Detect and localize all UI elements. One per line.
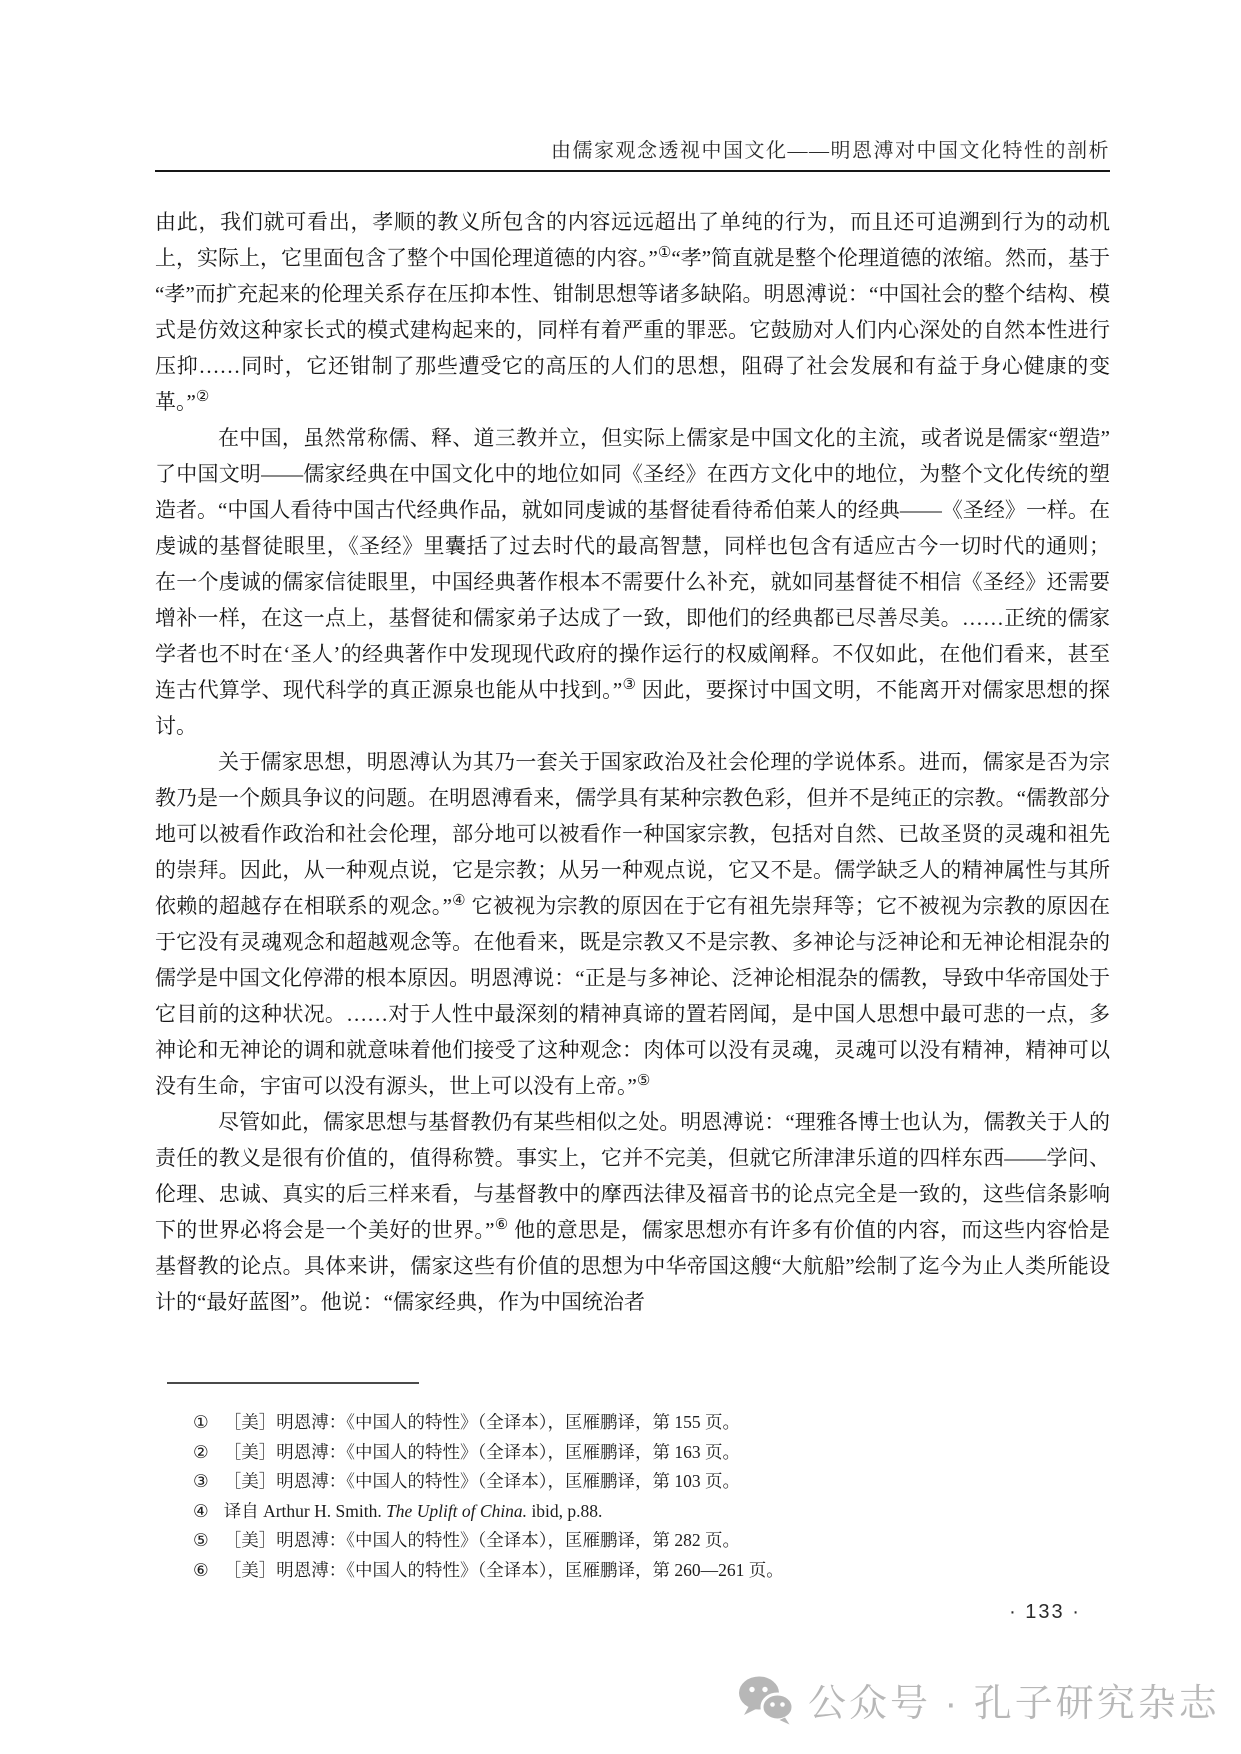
footnote-4: ④ 译自 Arthur H. Smith. The Uplift of Chin… <box>155 1497 1110 1527</box>
footnote-book-title: The Uplift of China. <box>386 1501 527 1521</box>
footnote-1: ① ［美］明恩溥：《中国人的特性》（全译本），匡雁鹏译，第 155 页。 <box>155 1408 1110 1438</box>
watermark-text: 公众号 · 孔子研究杂志 <box>808 1672 1220 1727</box>
footnote-text: 译自 Arthur H. Smith. The Uplift of China.… <box>224 1497 1110 1527</box>
footnote-number: ① <box>193 1408 209 1438</box>
paragraph-4: 尽管如此，儒家思想与基督教仍有某些相似之处。明恩溥说：“理雅各博士也认为，儒教关… <box>155 1104 1110 1320</box>
footnote-5: ⑤ ［美］明恩溥：《中国人的特性》（全译本），匡雁鹏译，第 282 页。 <box>155 1526 1110 1556</box>
paragraph-1: 由此，我们就可看出，孝顺的教义所包含的内容远远超出了单纯的行为，而且还可追溯到行… <box>155 204 1110 420</box>
footnote-number: ④ <box>193 1497 209 1527</box>
footnote-3: ③ ［美］明恩溥：《中国人的特性》（全译本），匡雁鹏译，第 103 页。 <box>155 1467 1110 1497</box>
page-number: · 133 · <box>975 1601 1115 1624</box>
paragraph-3: 关于儒家思想，明恩溥认为其乃一套关于国家政治及社会伦理的学说体系。进而，儒家是否… <box>155 744 1110 1104</box>
header-rule <box>155 170 1110 172</box>
footnote-number: ② <box>193 1438 209 1468</box>
footnote-6: ⑥ ［美］明恩溥：《中国人的特性》（全译本），匡雁鹏译，第 260—261 页。 <box>155 1556 1110 1586</box>
footnote-number: ③ <box>193 1467 209 1497</box>
article-body: 由此，我们就可看出，孝顺的教义所包含的内容远远超出了单纯的行为，而且还可追溯到行… <box>155 204 1110 1320</box>
footnote-text: ［美］明恩溥：《中国人的特性》（全译本），匡雁鹏译，第 260—261 页。 <box>224 1556 1110 1586</box>
footnote-text: ［美］明恩溥：《中国人的特性》（全译本），匡雁鹏译，第 155 页。 <box>224 1408 1110 1438</box>
running-header-title: 由儒家观念透视中国文化——明恩溥对中国文化特性的剖析 <box>551 140 1110 162</box>
footnote-number: ⑤ <box>193 1526 209 1556</box>
wechat-icon <box>738 1675 794 1725</box>
footnotes-section: ① ［美］明恩溥：《中国人的特性》（全译本），匡雁鹏译，第 155 页。 ② ［… <box>155 1382 1110 1585</box>
paragraph-2: 在中国，虽然常称儒、释、道三教并立，但实际上儒家是中国文化的主流，或者说是儒家“… <box>155 420 1110 744</box>
document-page: 由儒家观念透视中国文化——明恩溥对中国文化特性的剖析 由此，我们就可看出，孝顺的… <box>0 0 1241 1754</box>
footnote-text: ［美］明恩溥：《中国人的特性》（全译本），匡雁鹏译，第 163 页。 <box>224 1438 1110 1468</box>
footnote-text-pre: 译自 Arthur H. Smith. <box>224 1501 386 1521</box>
footnote-text: ［美］明恩溥：《中国人的特性》（全译本），匡雁鹏译，第 282 页。 <box>224 1526 1110 1556</box>
footnote-text-post: ibid, p.88. <box>527 1501 602 1521</box>
running-header: 由儒家观念透视中国文化——明恩溥对中国文化特性的剖析 <box>155 134 1110 163</box>
watermark: 公众号 · 孔子研究杂志 <box>738 1672 1220 1727</box>
footnote-number: ⑥ <box>193 1556 209 1586</box>
footnote-separator <box>167 1382 419 1384</box>
footnote-text: ［美］明恩溥：《中国人的特性》（全译本），匡雁鹏译，第 103 页。 <box>224 1467 1110 1497</box>
footnote-2: ② ［美］明恩溥：《中国人的特性》（全译本），匡雁鹏译，第 163 页。 <box>155 1438 1110 1468</box>
